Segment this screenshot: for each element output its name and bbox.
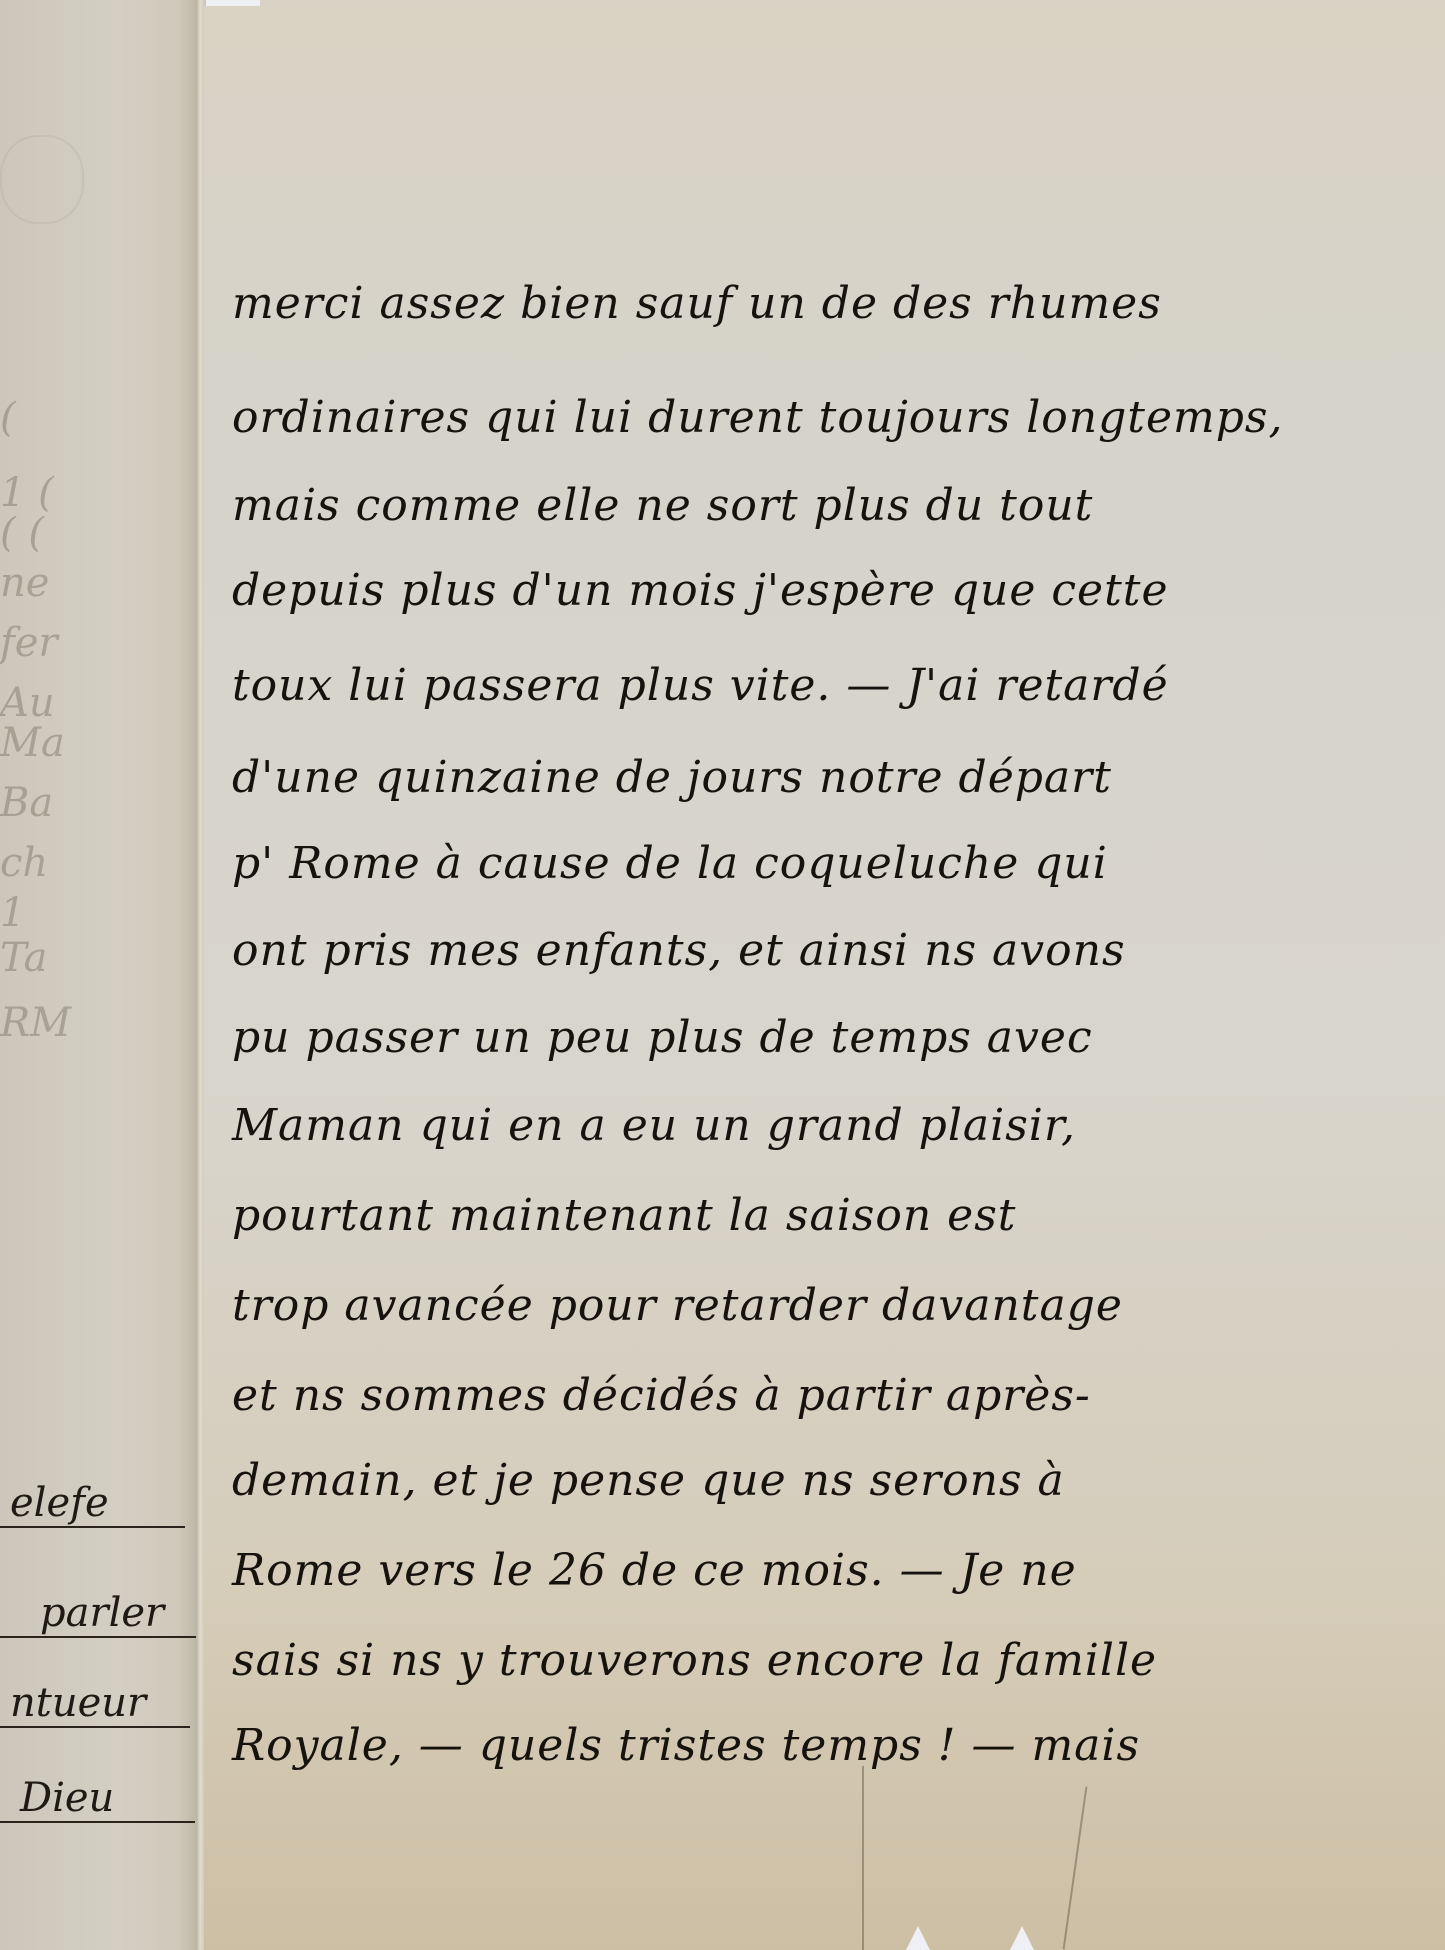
bleed-text: (: [0, 395, 190, 441]
bleed-text: fer: [0, 620, 190, 666]
paper-tear: [1010, 1926, 1034, 1950]
paper-tear: [906, 1926, 930, 1950]
letter-line: depuis plus d'un mois j'espère que cette: [232, 565, 1433, 616]
paper-crack: [1063, 1787, 1088, 1950]
bleed-text: Ta: [0, 935, 190, 981]
letter-line: ont pris mes enfants, et ainsi ns avons: [232, 925, 1433, 976]
letter-line: Rome vers le 26 de ce mois. — Je ne: [232, 1545, 1433, 1596]
letter-line: pourtant maintenant la saison est: [232, 1190, 1433, 1241]
letter-line: d'une quinzaine de jours notre départ: [232, 752, 1433, 803]
letter-line: merci assez bien sauf un de des rhumes: [232, 278, 1433, 329]
bleed-text: ne: [0, 560, 190, 606]
letter-line: trop avancée pour retarder davantage: [232, 1280, 1433, 1331]
left-page: ( 1 ( ( ( ne fer Au Ma Ba ch 1 Ta RM ele…: [0, 0, 198, 1950]
bleed-text: Ba: [0, 780, 190, 826]
bleed-text: RM: [0, 1000, 190, 1046]
letter-line: pu passer un peu plus de temps avec: [232, 1012, 1433, 1063]
paper-crack: [862, 1766, 864, 1950]
left-page-line: ntueur: [0, 1680, 190, 1728]
letter-line: sais si ns y trouverons encore la famill…: [232, 1635, 1433, 1686]
letter-line: demain, et je pense que ns serons à: [232, 1455, 1433, 1506]
letter-line: ordinaires qui lui durent toujours longt…: [232, 392, 1433, 443]
left-page-line: elefe: [0, 1480, 185, 1528]
letter-line: mais comme elle ne sort plus du tout: [232, 480, 1433, 531]
letter-line: Maman qui en a eu un grand plaisir,: [232, 1100, 1433, 1151]
bleed-text: 1: [0, 890, 190, 936]
letter-line: toux lui passera plus vite. — J'ai retar…: [232, 660, 1433, 711]
letter-line: et ns sommes décidés à partir après-: [232, 1370, 1433, 1421]
letter-line: Royale, — quels tristes temps ! — mais: [232, 1720, 1433, 1771]
bleed-text: Ma: [0, 720, 190, 766]
left-page-line: Dieu: [0, 1775, 195, 1823]
bleed-text: ch: [0, 840, 190, 886]
embossed-seal-icon: [0, 135, 84, 224]
bleed-text: ( (: [0, 510, 190, 556]
letter-line: p' Rome à cause de la coqueluche qui: [232, 838, 1433, 889]
